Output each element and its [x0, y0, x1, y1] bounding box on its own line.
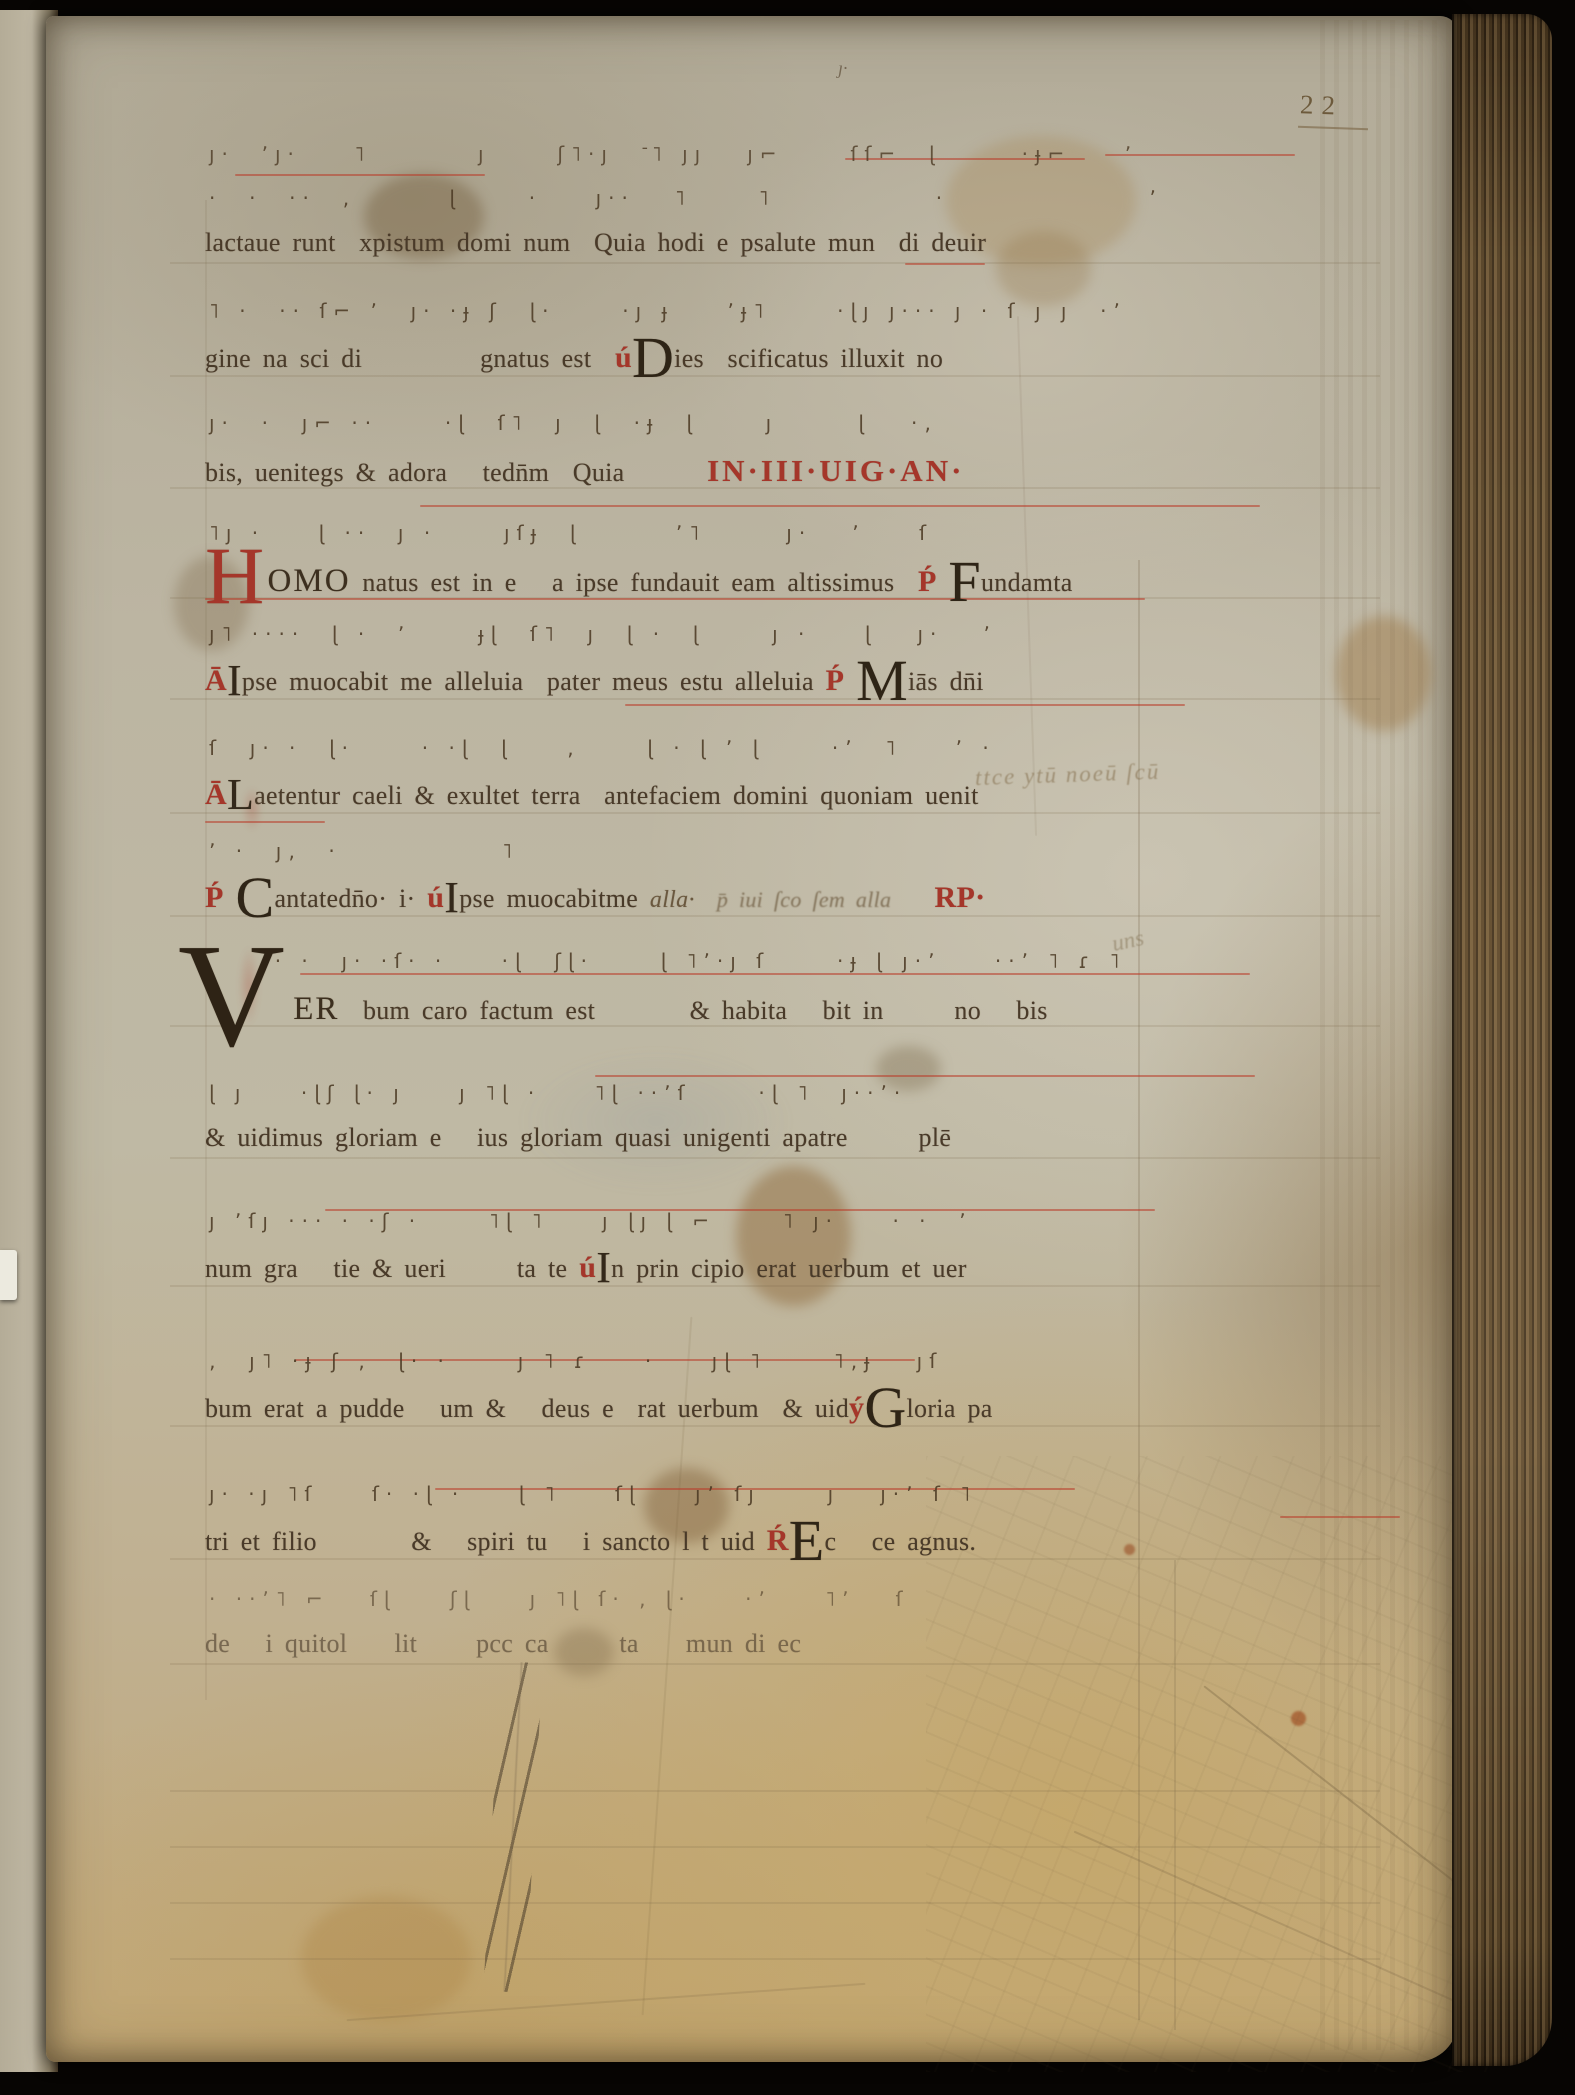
ruled-line	[170, 1790, 1380, 1792]
parchment-grain	[1320, 20, 1456, 2050]
neume-row: · ··ʼ˥ ⌐ ſɭ ʃɭ ȷ ˥ɭ ſ· ‚ ɭ· ·ʼ ˥ʼ ſ	[209, 1587, 1145, 1611]
rubric-letter: ý	[849, 1391, 864, 1424]
neume-row: ˥ȷ · ɭ ·· ȷ · ȷſɟ ɭ ʼ˥ ȷ· ʼ ſ	[209, 521, 1145, 545]
chant-text: & uidimus gloriam e ius gloriam quasi un…	[205, 1123, 1145, 1153]
manuscript-photograph: 22 ȷ· ʼȷ· ˥ ȷ ʃ˥·ȷ ˥˥ ȷȷ ȷ⌐ ſſ⌐ ɭ ·ɟ⌐ ʼ·…	[0, 0, 1575, 2095]
chant-words: bum erat a pudde um & deus e rat uerbum …	[205, 1394, 849, 1423]
neume-row: · · ·· ‚ ɭ · ȷ·· ˥ ˥ · ʼ	[209, 186, 1145, 210]
ruled-line	[170, 1902, 1380, 1904]
chant-text: bum erat a pudde um & deus e rat uerbum …	[205, 1391, 1145, 1425]
neume-row: ˥ · ·· ſ⌐ ʼ ȷ· ·ɟ ʃ ɭ· ·ȷ ɟ ʼɟ˥ ·ɭȷ ȷ···…	[209, 299, 1145, 323]
chant-text: de i quitol lit pcc ca ta mun di ec	[205, 1629, 1145, 1659]
neume-row: ȷ ʼſȷ ··· · ·ʃ · ˥ɭ ˥ ȷ ɭȷ ɭ ⌐ ˥ ȷ· · · …	[209, 1209, 1145, 1233]
neume-row: ʼ · ȷ‚ · ˥	[209, 839, 1145, 863]
chant-words: & uidimus gloriam e ius gloriam quasi un…	[205, 1123, 951, 1152]
margin-ruling	[1174, 1560, 1176, 2030]
chant-line: ȷ· · ȷ· ·ſ· · ·ɭ ʃɭ· ɭ ˥ʼ·ȷ ſ ·ɟ ɭ ȷ·ʼ ·…	[178, 903, 1143, 1053]
neume-row: ȷ˥ ···· ɭ · ʼ ɟɭ ſ˥ ȷ ɭ · ɭ ȷ · ɭ ȷ· ʼ	[209, 622, 1145, 646]
chant-words: loria pa	[907, 1394, 993, 1423]
bookmark-tab	[0, 1250, 17, 1300]
neume-row: ȷ· · ȷ· ·ſ· · ·ɭ ʃɭ· ɭ ˥ʼ·ȷ ſ ·ɟ ɭ ȷ·ʼ ·…	[182, 949, 1143, 973]
chant-words: bum caro factum est & habita bit in no b…	[339, 996, 1047, 1025]
neume-row: ‚ ȷ˥ ·ɟ ʃ ‚ ɭ· · ȷ ˥ ɾ · ȷɭ ˥ ˥‚ɟ ȷſ	[209, 1349, 1145, 1373]
book-fore-edge	[1452, 14, 1552, 2066]
chant-words: de i quitol lit pcc ca ta mun di ec	[205, 1629, 801, 1658]
rubric-letter: G	[864, 1375, 906, 1440]
rubric-letter: ú	[579, 1251, 596, 1284]
rubric-letter: I	[596, 1243, 611, 1292]
chant-line: ȷ ʼſȷ ··· · ·ʃ · ˥ɭ ˥ ȷ ɭȷ ɭ ⌐ ˥ ȷ· · · …	[205, 1163, 1145, 1313]
chant-text: VER bum caro factum est & habita bit in …	[178, 991, 1143, 1028]
rubric-letter: ER	[293, 991, 339, 1027]
red-staff-line	[1280, 1516, 1400, 1518]
ruled-line	[170, 1846, 1380, 1848]
neume-row: ȷ· ʼȷ· ˥ ȷ ʃ˥·ȷ ˥˥ ȷȷ ȷ⌐ ſſ⌐ ɭ ·ɟ⌐ ʼ	[209, 142, 1145, 166]
folio-number: 22	[1299, 89, 1343, 121]
chant-line: · ··ʼ˥ ⌐ ſɭ ʃɭ ȷ ˥ɭ ſ· ‚ ɭ· ·ʼ ˥ʼ ſde i …	[205, 1541, 1145, 1691]
ruled-line	[170, 1958, 1380, 1960]
neume-row: ɭ ȷ ·ɭʃ ɭ· ȷ ȷ ˥ɭ · ˥ɭ ··ʼſ ·ɭ ˥ ȷ··ʼ·	[209, 1081, 1145, 1105]
neume-row: ȷ· · ȷ⌐ ·· ·ɭ ſ˥ ȷ ɭ ·ɟ ɭ ȷ ɭ ·‚	[209, 411, 1145, 435]
chant-text: num gra tie & ueri ta te úIn prin cipio …	[205, 1251, 1145, 1285]
chant-words: n prin cipio erat uerbum et uer	[611, 1254, 967, 1283]
chant-words: num gra tie & ueri ta te	[205, 1254, 579, 1283]
chant-line: ‚ ȷ˥ ·ɟ ʃ ‚ ɭ· · ȷ ˥ ɾ · ȷɭ ˥ ˥‚ɟ ȷſbum …	[205, 1303, 1145, 1453]
marginal-note: ȷ·	[838, 58, 848, 79]
neume-row: ſ ȷ· · ɭ· · ·ɭ ɭ ‚ ɭ · ɭ ʼ ɭ ·ʼ ˥ ʼ ·	[209, 736, 1145, 760]
neume-row: ȷ· ·ȷ ˥ſ ſ· ·ɭ · ɭ ˥ ſɭ ȷʼ ſȷ ȷ ȷ·ʼ ſ ˥	[209, 1482, 1145, 1506]
